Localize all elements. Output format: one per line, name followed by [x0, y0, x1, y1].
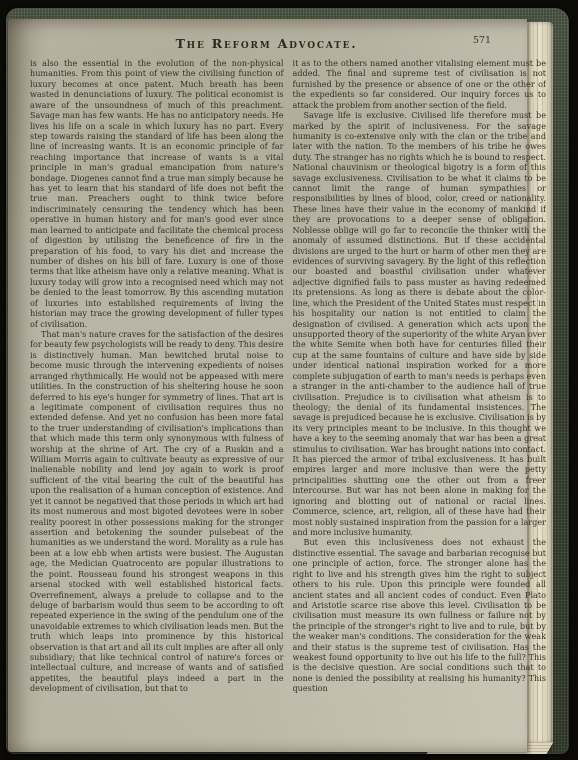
right-column: it as to the others named another vitali… — [293, 58, 547, 694]
scanned-page: The Reform Advocate. 571 is also the ess… — [8, 19, 527, 752]
paragraph: That man's nature craves for the satisfa… — [30, 329, 284, 694]
paragraph: is also the essential in the evolution o… — [30, 58, 284, 329]
paragraph: But even this inclusiveness does not exh… — [293, 537, 547, 693]
paragraph: Savage life is exclusive. Civilised life… — [293, 110, 547, 537]
publication-title: The Reform Advocate. — [176, 36, 358, 51]
page-header: The Reform Advocate. 571 — [30, 33, 503, 51]
paragraph: it as to the others named another vitali… — [293, 58, 547, 110]
text-columns: is also the essential in the evolution o… — [30, 58, 546, 694]
photo-background: The Reform Advocate. 571 is also the ess… — [0, 0, 578, 760]
page-number: 571 — [473, 35, 491, 46]
left-column: is also the essential in the evolution o… — [30, 58, 284, 694]
